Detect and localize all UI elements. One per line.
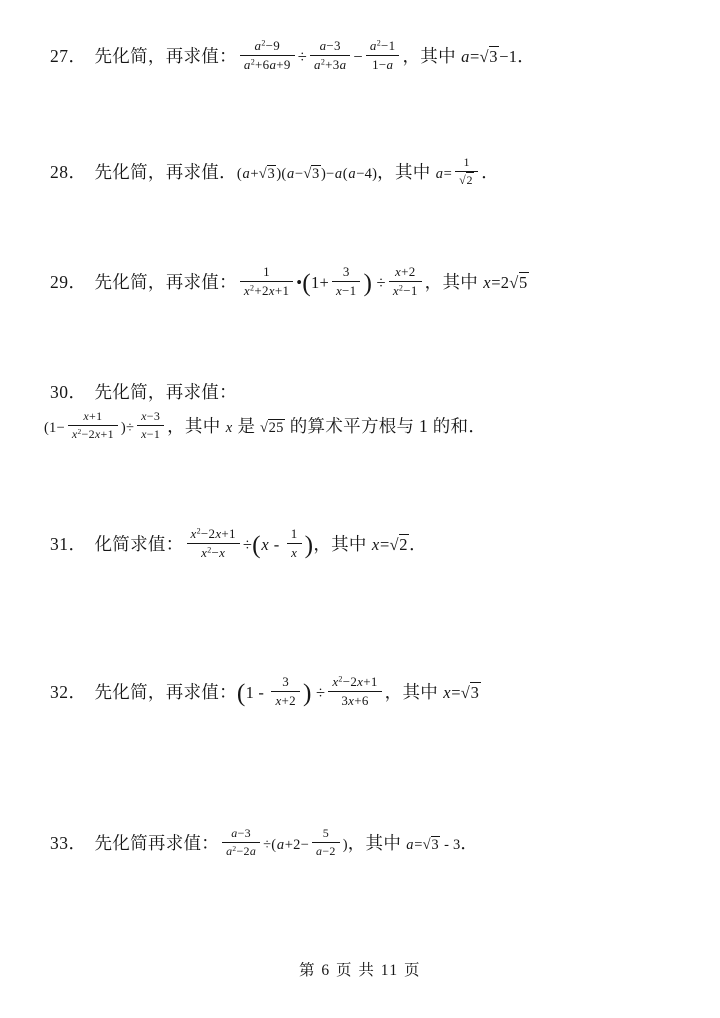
problem-statement: 化简求值：x2−2x+1x2−x÷(x - 1x)，其中 x=√2． [95, 534, 427, 554]
problem-27: 27．先化简，再求值：a2−9a2+6a+9÷a−3a2+3a−a2−11−a，… [50, 40, 535, 76]
problem-number: 29． [50, 272, 87, 292]
sqrt-radical: √3 [259, 165, 277, 182]
sqrt-radical: √3 [461, 682, 481, 702]
page-footer: 第 6 页 共 11 页 [0, 958, 720, 980]
problem-29: 29．先化简，再求值：1x2+2x+1•(1+3x−1) ÷x+2x2−1，其中… [50, 266, 529, 302]
problem-30: 30．先化简，再求值： [50, 379, 237, 404]
problem-statement: 先化简，再求值： [95, 382, 237, 402]
problem-number: 27． [50, 46, 87, 66]
problem-statement: 先化简，再求值：a2−9a2+6a+9÷a−3a2+3a−a2−11−a，其中 … [95, 46, 536, 66]
problem-statement: 先化简，再求值：1x2+2x+1•(1+3x−1) ÷x+2x2−1，其中 x=… [95, 272, 529, 292]
problem-statement: 先化简，再求值．(a+√3)(a−√3)−a(a−4)，其中 a=1√2． [95, 162, 500, 182]
worksheet-page: 27．先化简，再求值：a2−9a2+6a+9÷a−3a2+3a−a2−11−a，… [0, 0, 720, 1018]
problem-30-line2: (1−x+1x2−2x+1)÷x−3x−1，其中 x 是 √25 的算术平方根与… [44, 411, 486, 444]
problem-statement: 先化简再求值：a−3a2−2a÷(a+2−5a−2)，其中 a=√3 - 3． [95, 833, 479, 853]
sqrt-radical: √5 [509, 272, 529, 292]
sqrt-radical: √3 [480, 46, 500, 66]
problem-32: 32．先化简，再求值：(1 - 3x+2) ÷x2−2x+13x+6，其中 x=… [50, 676, 481, 712]
problem-statement: (1−x+1x2−2x+1)÷x−3x−1，其中 x 是 √25 的算术平方根与… [44, 416, 486, 436]
sqrt-radical: √2 [389, 534, 409, 554]
problem-number: 33． [50, 833, 87, 853]
sqrt-radical: √25 [260, 419, 285, 436]
problem-number: 30． [50, 382, 87, 402]
problem-statement: 先化简，再求值：(1 - 3x+2) ÷x2−2x+13x+6，其中 x=√3 [95, 682, 481, 702]
sqrt-radical: √3 [423, 836, 441, 853]
problem-28: 28．先化简，再求值．(a+√3)(a−√3)−a(a−4)，其中 a=1√2． [50, 157, 499, 190]
problem-number: 28． [50, 162, 87, 182]
sqrt-radical: √2 [459, 172, 474, 187]
problem-number: 31． [50, 534, 87, 554]
sqrt-radical: √3 [303, 165, 321, 182]
problem-31: 31．化简求值：x2−2x+1x2−x÷(x - 1x)，其中 x=√2． [50, 528, 427, 564]
problem-33: 33．先化简再求值：a−3a2−2a÷(a+2−5a−2)，其中 a=√3 - … [50, 828, 478, 861]
problem-number: 32． [50, 682, 87, 702]
